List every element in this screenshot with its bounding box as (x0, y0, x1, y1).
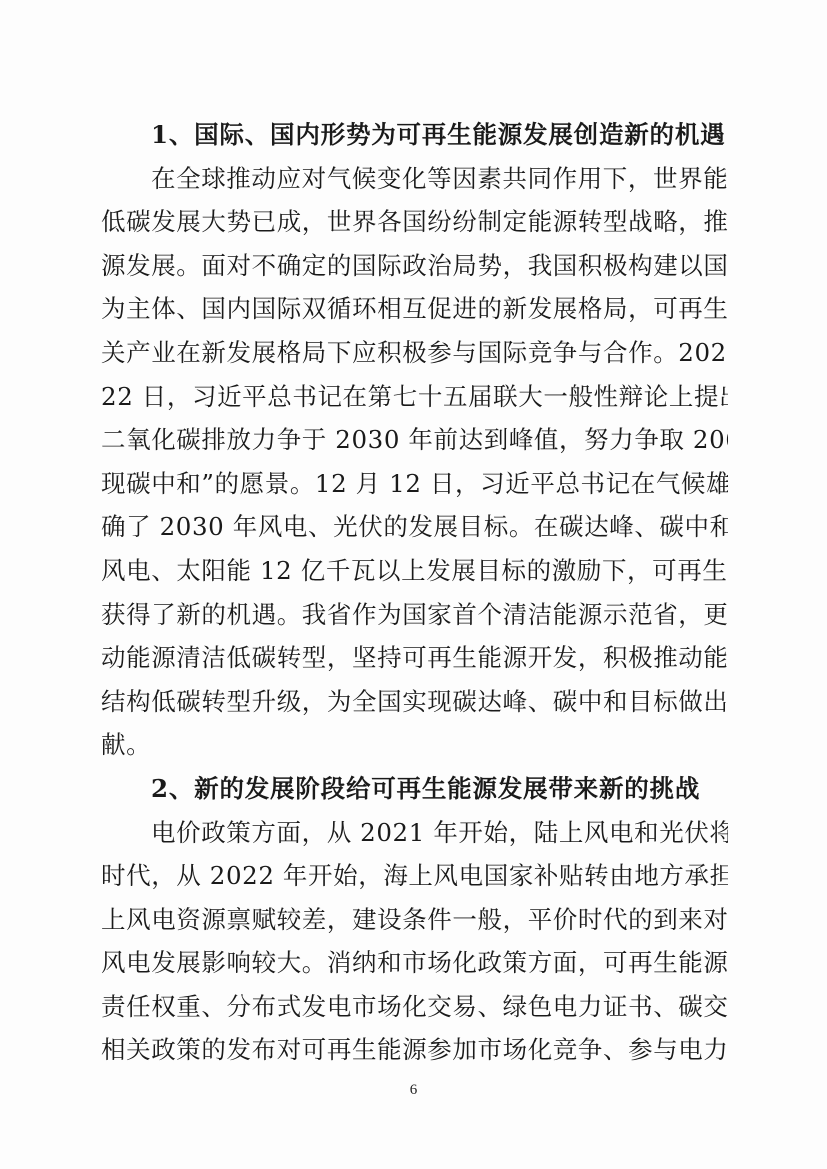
paragraph-line: 相关政策的发布对可再生能源参加市场化竞争、参与电力辅助服 (101, 1028, 728, 1072)
document-body: 1、国际、国内形势为可再生能源发展创造新的机遇 在全球推动应对气候变化等因素共同… (101, 113, 728, 1072)
paragraph-line: 风电发展影响较大。消纳和市场化政策方面，可再生能源电力消纳 (101, 941, 728, 985)
section-heading-2: 2、新的发展阶段给可再生能源发展带来新的挑战 (101, 767, 728, 811)
section-heading-1: 1、国际、国内形势为可再生能源发展创造新的机遇 (101, 113, 728, 157)
paragraph-line: 获得了新的机遇。我省作为国家首个清洁能源示范省，更应积极推 (101, 593, 728, 637)
paragraph-line: 确了 2030 年风电、光伏的发展目标。在碳达峰、碳中和愿景以及 (101, 505, 728, 549)
paragraph-line: 电价政策方面，从 2021 年开始，陆上风电和光伏将进入平价 (101, 811, 728, 855)
paragraph-line: 结构低碳转型升级，为全国实现碳达峰、碳中和目标做出浙江贡 (101, 680, 728, 724)
paragraph-line: 时代，从 2022 年开始，海上风电国家补贴转由地方承担。我省海 (101, 854, 728, 898)
paragraph-line: 责任权重、分布式发电市场化交易、绿色电力证书、碳交易、储能 (101, 985, 728, 1029)
paragraph-line: 上风电资源禀赋较差，建设条件一般，平价时代的到来对我省海上 (101, 898, 728, 942)
paragraph-line: 献。 (101, 723, 728, 767)
page-number: 6 (0, 1082, 827, 1099)
paragraph-line: 动能源清洁低碳转型，坚持可再生能源开发，积极推动能源、产业 (101, 636, 728, 680)
paragraph-line: 关产业在新发展格局下应积极参与国际竞争与合作。2020 年 9 月 (101, 331, 728, 375)
paragraph-line: 低碳发展大势已成，世界各国纷纷制定能源转型战略，推动清洁能 (101, 200, 728, 244)
paragraph-line: 在全球推动应对气候变化等因素共同作用下，世界能源清洁 (101, 157, 728, 201)
paragraph-line: 二氧化碳排放力争于 2030 年前达到峰值，努力争取 2060 年前实 (101, 418, 728, 462)
paragraph-line: 为主体、国内国际双循环相互促进的新发展格局，可再生能源及相 (101, 287, 728, 331)
document-page: 1、国际、国内形势为可再生能源发展创造新的机遇 在全球推动应对气候变化等因素共同… (0, 0, 827, 1169)
paragraph-line: 22 日，习近平总书记在第七十五届联大一般性辩论上提出“我国 (101, 375, 728, 419)
paragraph-line: 现碳中和”的愿景。12 月 12 日，习近平总书记在气候雄心峰会明 (101, 462, 728, 506)
paragraph-line: 风电、太阳能 12 亿千瓦以上发展目标的激励下，可再生能源发展 (101, 549, 728, 593)
paragraph-line: 源发展。面对不确定的国际政治局势，我国积极构建以国内大循环 (101, 244, 728, 288)
